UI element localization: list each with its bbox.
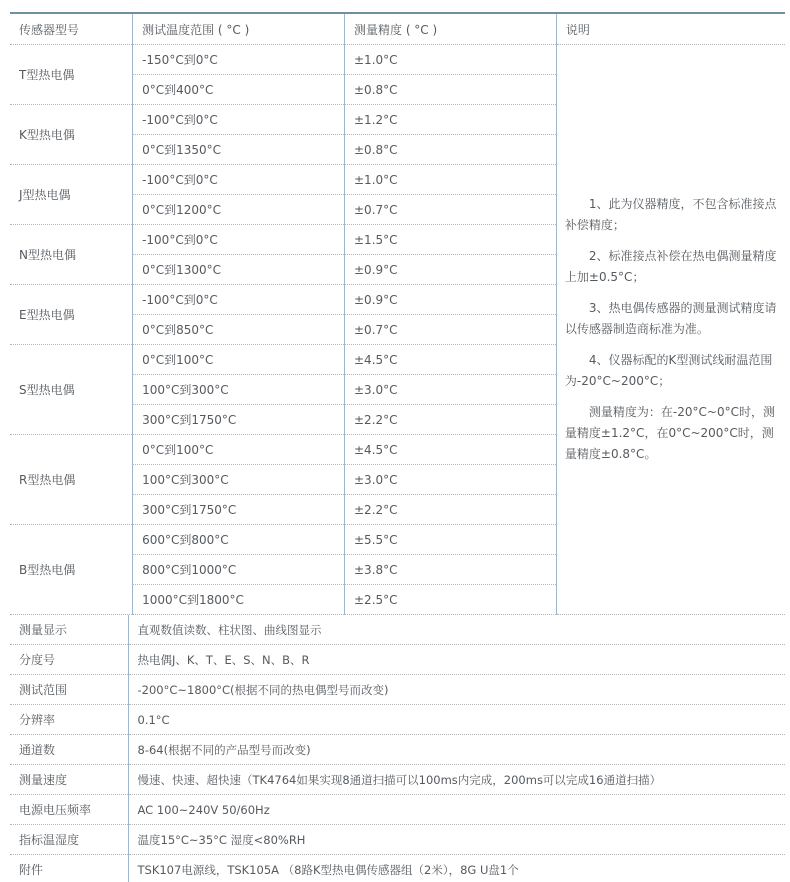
sensor-accuracy-table: 传感器型号 测试温度范围 ( °C ) 测量精度 ( °C ) 说明 T型热电偶…: [10, 14, 785, 615]
sensor-type-t: T型热电偶: [10, 45, 133, 105]
spec-label: 通道数: [10, 735, 128, 765]
table-row: T型热电偶 -150°C到0°C ±1.0°C 1、此为仪器精度，不包含标准接点…: [10, 45, 785, 75]
spec-value: 8-64(根据不同的产品型号而改变): [128, 735, 785, 765]
sensor-type-b: B型热电偶: [10, 525, 133, 615]
accuracy-cell: ±2.5°C: [345, 585, 557, 615]
spec-label: 测量显示: [10, 615, 128, 645]
accuracy-cell: ±0.7°C: [345, 315, 557, 345]
accuracy-cell: ±0.9°C: [345, 255, 557, 285]
accuracy-cell: ±3.8°C: [345, 555, 557, 585]
header-sensor-type: 传感器型号: [10, 14, 133, 45]
spec-value: 直观数值读数、柱状图、曲线图显示: [128, 615, 785, 645]
accuracy-cell: ±1.0°C: [345, 165, 557, 195]
accuracy-cell: ±2.2°C: [345, 405, 557, 435]
temp-range-cell: 0°C到850°C: [133, 315, 345, 345]
temp-range-cell: 600°C到800°C: [133, 525, 345, 555]
spec-row: 测量速度 慢速、快速、超快速（TK4764如果实现8通道扫描可以100ms内完成…: [10, 765, 785, 795]
spec-row: 分度号 热电偶J、K、T、E、S、N、B、R: [10, 645, 785, 675]
accuracy-cell: ±0.8°C: [345, 75, 557, 105]
temp-range-cell: -100°C到0°C: [133, 165, 345, 195]
spec-label: 测试范围: [10, 675, 128, 705]
sensor-type-j: J型热电偶: [10, 165, 133, 225]
accuracy-cell: ±1.5°C: [345, 225, 557, 255]
note-4: 4、仪器标配的K型测试线耐温范围为-20°C~200°C；: [565, 350, 779, 392]
spec-label: 分度号: [10, 645, 128, 675]
temp-range-cell: 0°C到1350°C: [133, 135, 345, 165]
spec-value: 温度15°C~35°C 湿度<80%RH: [128, 825, 785, 855]
temp-range-cell: 800°C到1000°C: [133, 555, 345, 585]
temp-range-cell: 0°C到1300°C: [133, 255, 345, 285]
accuracy-cell: ±3.0°C: [345, 375, 557, 405]
temp-range-cell: 0°C到400°C: [133, 75, 345, 105]
accuracy-cell: ±3.0°C: [345, 465, 557, 495]
spec-row: 电源电压频率 AC 100~240V 50/60Hz: [10, 795, 785, 825]
accuracy-cell: ±1.0°C: [345, 45, 557, 75]
sensor-type-e: E型热电偶: [10, 285, 133, 345]
accuracy-cell: ±4.5°C: [345, 345, 557, 375]
note-3: 3、热电偶传感器的测量测试精度请以传感器制造商标准为准。: [565, 298, 779, 340]
header-temp-range: 测试温度范围 ( °C ): [133, 14, 345, 45]
notes-cell: 1、此为仪器精度，不包含标准接点补偿精度； 2、标准接点补偿在热电偶测量精度上加…: [556, 45, 785, 615]
spec-row: 通道数 8-64(根据不同的产品型号而改变): [10, 735, 785, 765]
spec-value: 0.1°C: [128, 705, 785, 735]
temp-range-cell: -100°C到0°C: [133, 225, 345, 255]
spec-row: 指标温湿度 温度15°C~35°C 湿度<80%RH: [10, 825, 785, 855]
accuracy-cell: ±1.2°C: [345, 105, 557, 135]
accuracy-cell: ±0.8°C: [345, 135, 557, 165]
spec-row: 分辨率 0.1°C: [10, 705, 785, 735]
accuracy-cell: ±0.7°C: [345, 195, 557, 225]
spec-row: 测试范围 -200°C~1800°C(根据不同的热电偶型号而改变): [10, 675, 785, 705]
spec-value: 热电偶J、K、T、E、S、N、B、R: [128, 645, 785, 675]
spec-value: 慢速、快速、超快速（TK4764如果实现8通道扫描可以100ms内完成，200m…: [128, 765, 785, 795]
spec-document: 传感器型号 测试温度范围 ( °C ) 测量精度 ( °C ) 说明 T型热电偶…: [10, 12, 785, 882]
spec-table: 测量显示 直观数值读数、柱状图、曲线图显示 分度号 热电偶J、K、T、E、S、N…: [10, 615, 785, 882]
spec-row: 测量显示 直观数值读数、柱状图、曲线图显示: [10, 615, 785, 645]
spec-label: 附件: [10, 855, 128, 882]
temp-range-cell: 300°C到1750°C: [133, 405, 345, 435]
spec-value: AC 100~240V 50/60Hz: [128, 795, 785, 825]
note-2: 2、标准接点补偿在热电偶测量精度上加±0.5°C；: [565, 246, 779, 288]
spec-label: 指标温湿度: [10, 825, 128, 855]
temp-range-cell: 300°C到1750°C: [133, 495, 345, 525]
note-1: 1、此为仪器精度，不包含标准接点补偿精度；: [565, 194, 779, 236]
temp-range-cell: 100°C到300°C: [133, 465, 345, 495]
temp-range-cell: 100°C到300°C: [133, 375, 345, 405]
accuracy-cell: ±0.9°C: [345, 285, 557, 315]
spec-label: 电源电压频率: [10, 795, 128, 825]
temp-range-cell: -150°C到0°C: [133, 45, 345, 75]
temp-range-cell: 0°C到1200°C: [133, 195, 345, 225]
accuracy-cell: ±5.5°C: [345, 525, 557, 555]
accuracy-cell: ±2.2°C: [345, 495, 557, 525]
sensor-type-s: S型热电偶: [10, 345, 133, 435]
spec-value: TSK107电源线，TSK105A （8路K型热电偶传感器组（2米），8G U盘…: [128, 855, 785, 882]
table-header-row: 传感器型号 测试温度范围 ( °C ) 测量精度 ( °C ) 说明: [10, 14, 785, 45]
accuracy-cell: ±4.5°C: [345, 435, 557, 465]
temp-range-cell: 1000°C到1800°C: [133, 585, 345, 615]
sensor-type-r: R型热电偶: [10, 435, 133, 525]
spec-label: 分辨率: [10, 705, 128, 735]
temp-range-cell: -100°C到0°C: [133, 105, 345, 135]
note-5: 测量精度为：在-20°C~0°C时，测量精度±1.2°C，在0°C~200°C时…: [565, 402, 779, 465]
spec-value: -200°C~1800°C(根据不同的热电偶型号而改变): [128, 675, 785, 705]
spec-label: 测量速度: [10, 765, 128, 795]
header-notes: 说明: [556, 14, 785, 45]
temp-range-cell: 0°C到100°C: [133, 345, 345, 375]
spec-row: 附件 TSK107电源线，TSK105A （8路K型热电偶传感器组（2米），8G…: [10, 855, 785, 882]
header-accuracy: 测量精度 ( °C ): [345, 14, 557, 45]
temp-range-cell: -100°C到0°C: [133, 285, 345, 315]
sensor-type-n: N型热电偶: [10, 225, 133, 285]
sensor-type-k: K型热电偶: [10, 105, 133, 165]
temp-range-cell: 0°C到100°C: [133, 435, 345, 465]
